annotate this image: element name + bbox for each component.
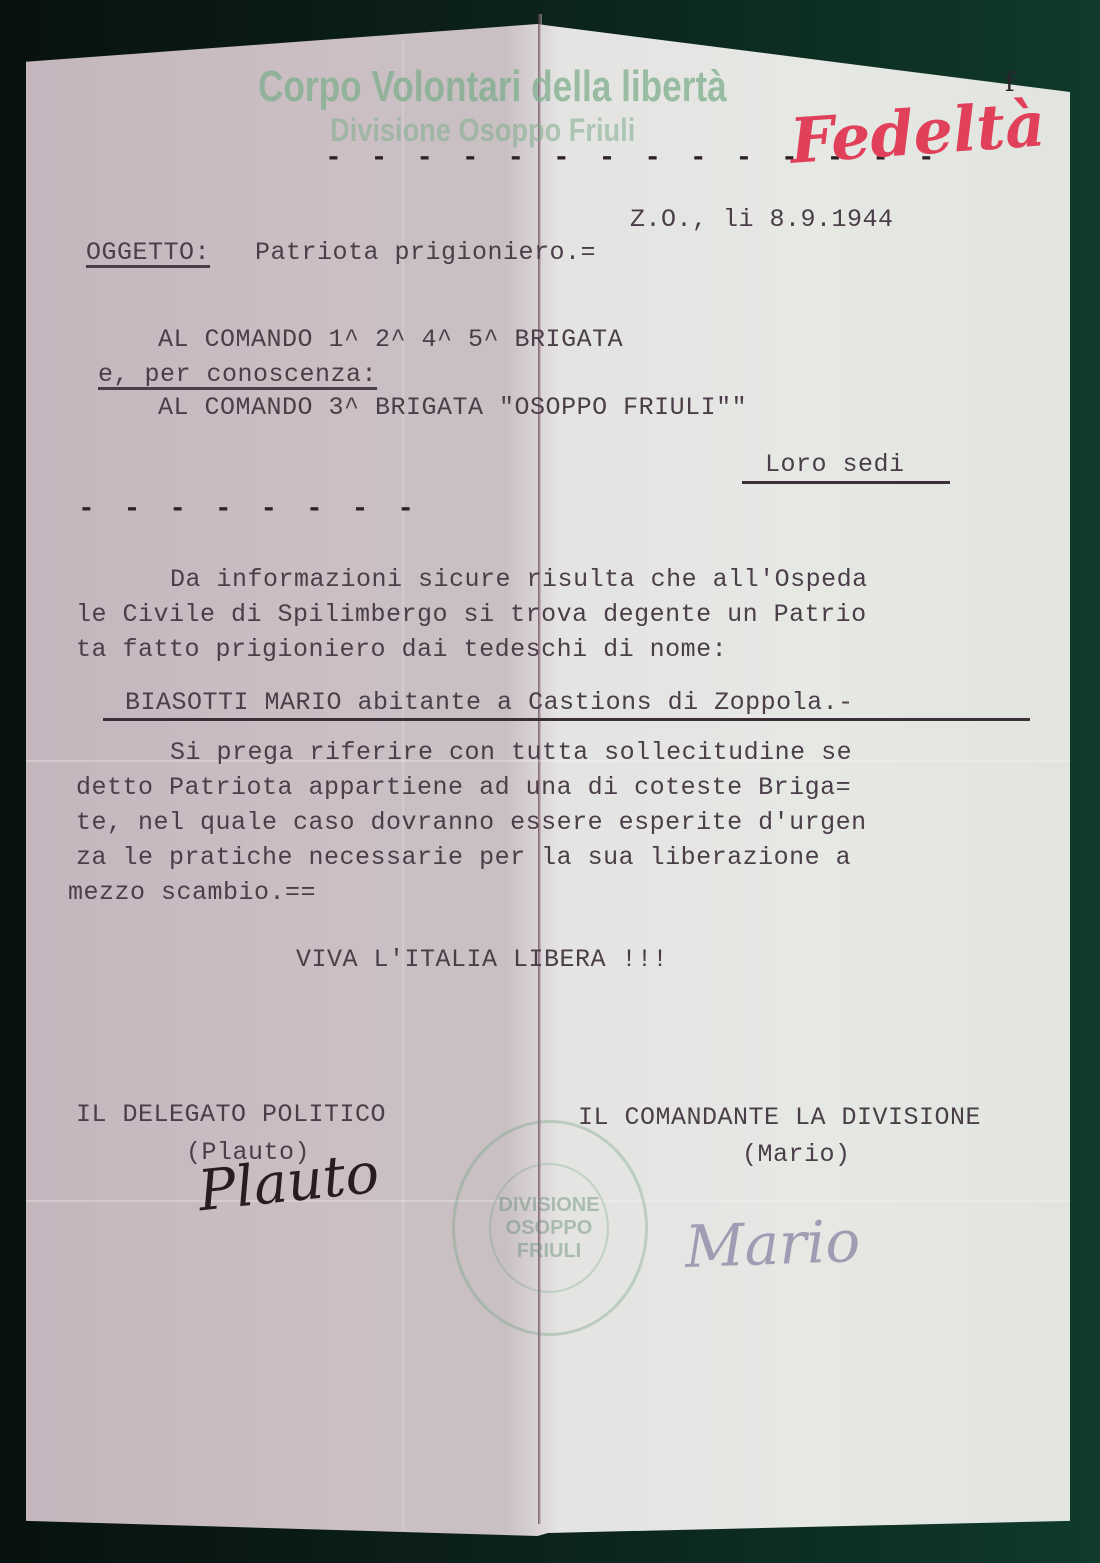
body-line: za le pratiche necessarie per la sua lib… <box>76 843 851 872</box>
body-line: ta fatto prigioniero dai tedeschi di nom… <box>76 635 727 664</box>
subject-text: Patriota prigioniero.= <box>255 238 596 267</box>
stamp-center: DIVISIONE OSOPPO FRIULI <box>489 1163 609 1293</box>
division-stamp: DIVISIONE OSOPPO FRIULI <box>452 1120 648 1336</box>
separator-dash-line: - - - - - - - - <box>78 494 420 525</box>
location-underline <box>742 481 950 484</box>
right-signatory-title: IL COMANDANTE LA DIVISIONE <box>578 1103 981 1132</box>
body-line: le Civile di Spilimbergo si trova degent… <box>76 600 867 629</box>
stamp-line: DIVISIONE <box>498 1194 599 1217</box>
stamp-line: OSOPPO <box>506 1217 593 1240</box>
recipient-cc: AL COMANDO 3^ BRIGATA "OSOPPO FRIULI"" <box>158 393 747 422</box>
body-line: detto Patriota appartiene ad una di cote… <box>76 773 851 802</box>
body-line: Da informazioni sicure risulta che all'O… <box>170 565 868 594</box>
place-date: Z.O., li 8.9.1944 <box>630 205 894 234</box>
stamp-line: FRIULI <box>517 1240 581 1263</box>
subject-label: OGGETTO: <box>86 238 210 267</box>
closing-salutation: VIVA L'ITALIA LIBERA !!! <box>296 945 668 974</box>
prisoner-name-line: BIASOTTI MARIO abitante a Castions di Zo… <box>125 688 854 717</box>
body-line: mezzo scambio.== <box>68 878 316 907</box>
body-line: Si prega riferire con tutta sollecitudin… <box>170 738 852 767</box>
cc-label: e, per conoscenza: <box>98 360 377 389</box>
right-signatory-name: (Mario) <box>742 1140 851 1169</box>
handwritten-mark: f <box>1005 68 1015 98</box>
recipient-location: Loro sedi <box>765 450 905 479</box>
body-line: te, nel quale caso dovranno essere esper… <box>76 808 867 837</box>
recipient-primary: AL COMANDO 1^ 2^ 4^ 5^ BRIGATA <box>158 325 623 354</box>
prisoner-underline <box>103 718 1030 721</box>
letterhead-title: Corpo Volontari della libertà <box>258 62 727 112</box>
left-signatory-title: IL DELEGATO POLITICO <box>76 1100 386 1129</box>
right-signature: Mario <box>684 1207 861 1281</box>
